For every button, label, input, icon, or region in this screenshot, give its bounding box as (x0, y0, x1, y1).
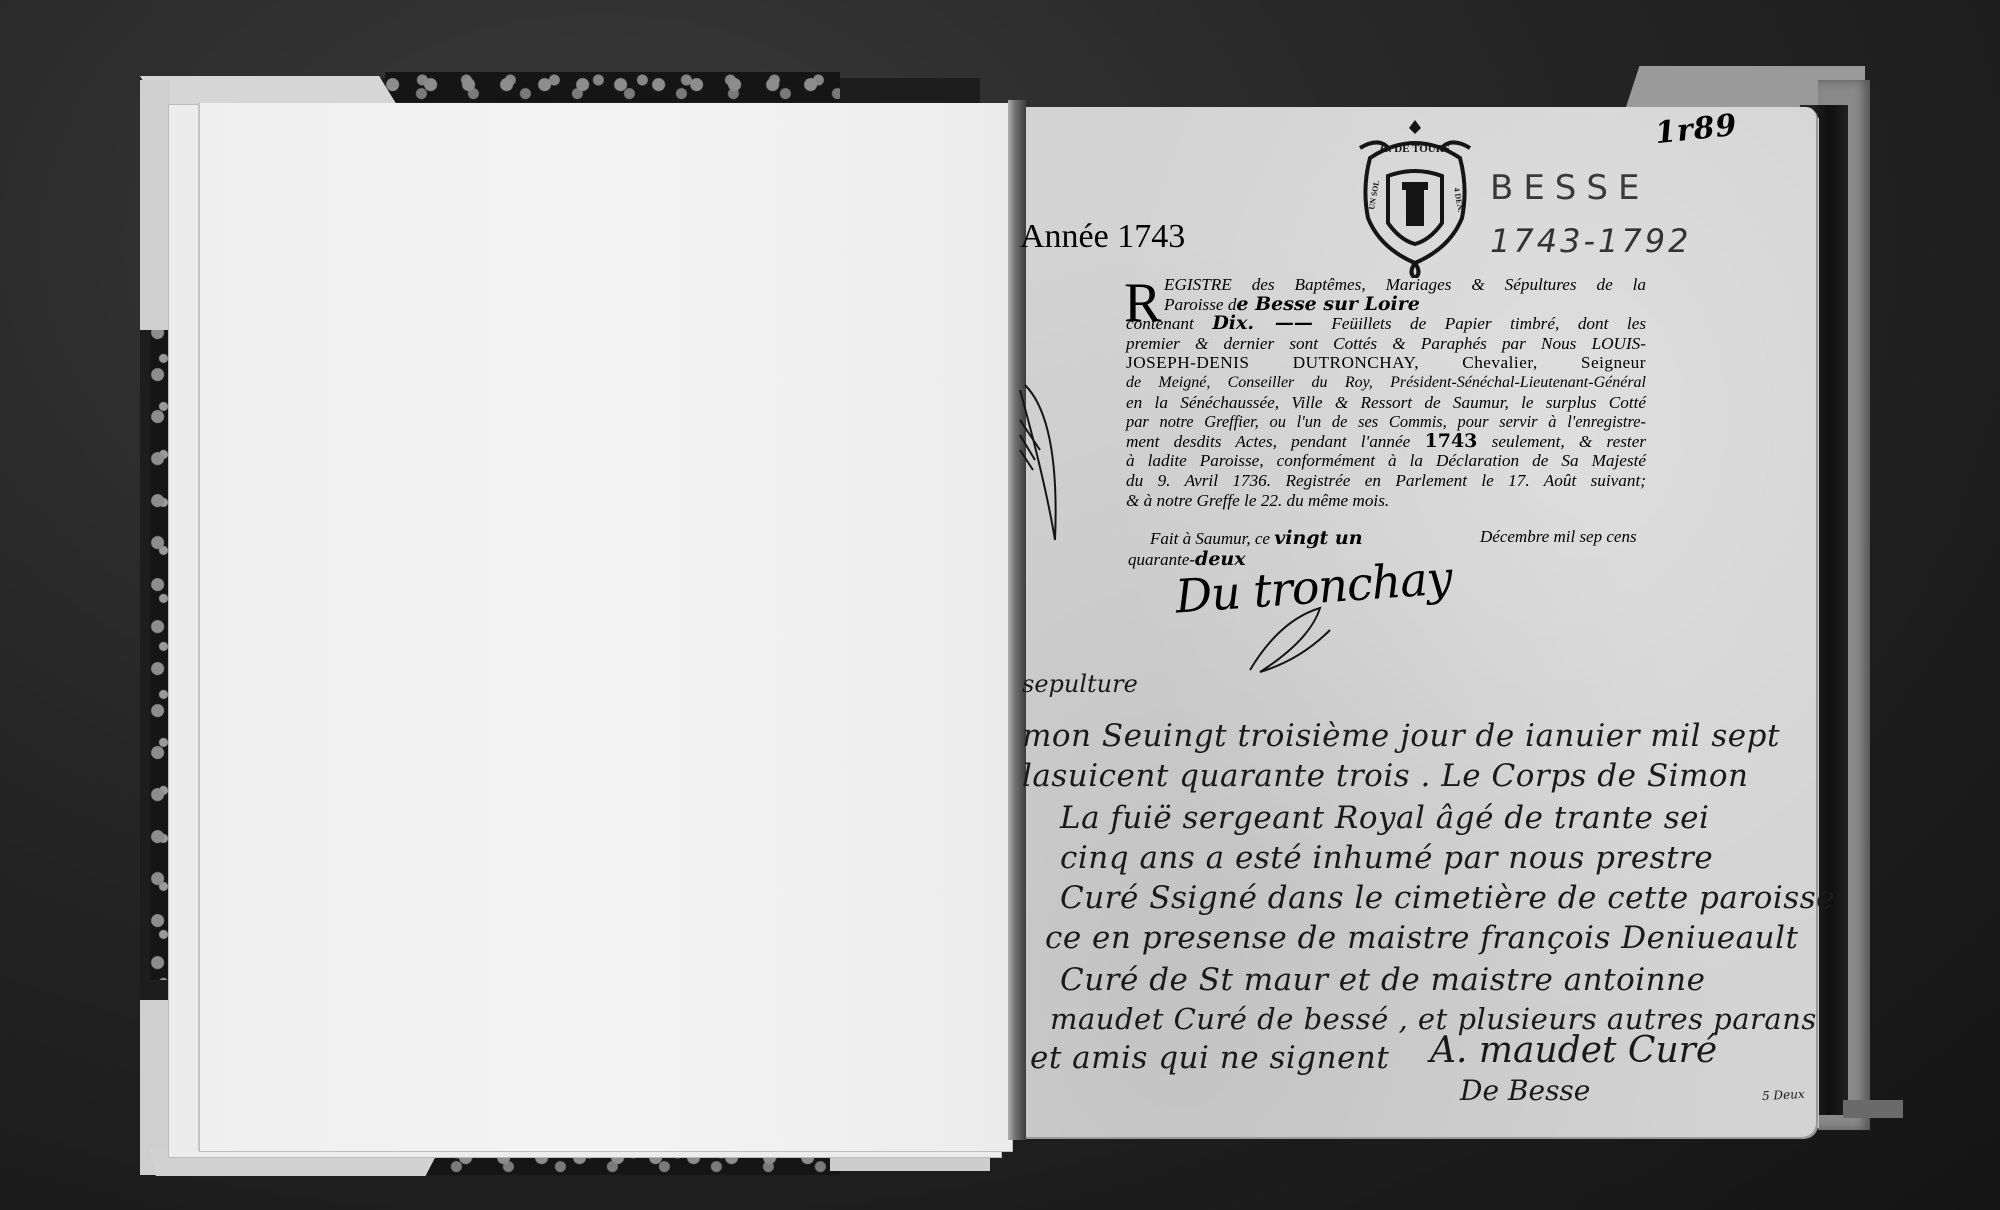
svg-text:G. DE TOURS: G. DE TOURS (1380, 143, 1450, 155)
vellum-corner-left-top (140, 80, 170, 330)
handwritten-line: ce en presense de maistre françois Deniu… (1045, 920, 1798, 956)
archive-year-range: 1743-1792 (1490, 222, 1691, 260)
handwritten-line: mon Seuingt troisième jour de ianuier mi… (1022, 718, 1780, 754)
handwritten-leaf-count: Dix. —— (1212, 312, 1313, 334)
book-gutter (1008, 100, 1026, 1140)
printed-line: en la Sénéchaussée, Ville & Ressort de S… (1126, 393, 1646, 413)
printed-line: Paroisse de Besse sur Loire (1126, 295, 1646, 315)
svg-text:UN SOL: UN SOL (1367, 180, 1381, 211)
tax-stamp-icon: G. DE TOURS UN SOL 4 DEN. (1350, 118, 1480, 278)
handwritten-line: La fuië sergeant Royal âgé de trante sei (1060, 800, 1709, 836)
paraph-flourish-icon (1240, 600, 1360, 680)
margin-title-sepulture: sepulture (1022, 670, 1138, 698)
printed-line: à ladite Paroisse, conformément à la Déc… (1126, 451, 1646, 471)
blank-interleaf-sheet (198, 103, 1012, 1151)
handwritten-line: et amis qui ne signent (1030, 1040, 1389, 1076)
archive-parish-label: BESSE (1490, 168, 1649, 208)
corner-note: 5 Deux (1762, 1087, 1805, 1103)
printed-line: premier & dernier sont Cottés & Paraphés… (1126, 334, 1646, 354)
printed-line: du 9. Avril 1736. Registrée en Parlement… (1126, 471, 1646, 491)
printed-line: ment desdits Actes, pendant l'année 1743… (1126, 432, 1646, 452)
marbled-board-top (385, 72, 840, 102)
handwritten-day: vingt un (1274, 527, 1362, 549)
handwritten-line: lasuicent quarante trois . Le Corps de S… (1022, 758, 1749, 794)
printed-line: par notre Greffier, ou l'un de ses Commi… (1126, 412, 1646, 432)
year-heading: Année 1743 (1020, 218, 1185, 256)
fait-a-saumur: Fait à Saumur, ce vingt un (1150, 527, 1363, 549)
handwritten-year: 1743 (1425, 430, 1478, 452)
fait-month-year: Décembre mil sep cens (1480, 527, 1637, 547)
cure-signature: A. maudet Curé (1430, 1030, 1717, 1071)
printed-line: JOSEPH-DENIS DUTRONCHAY, Chevalier, Seig… (1126, 353, 1646, 373)
printed-header-text: EGISTRE des Baptêmes, Mariages & Sépultu… (1126, 275, 1646, 510)
margin-flourish-icon (1015, 380, 1085, 550)
back-cover-foot (1843, 1100, 1903, 1118)
handwritten-line: cinq ans a esté inhumé par nous prestre (1060, 840, 1713, 876)
printed-line: & à notre Greffe le 22. du même mois. (1126, 491, 1646, 511)
printed-line: de Meigné, Conseiller du Roy, Président-… (1126, 373, 1646, 393)
printed-line: contenant Dix. —— Feüillets de Papier ti… (1126, 314, 1646, 334)
handwritten-line: Curé de St maur et de maistre antoinne (1060, 962, 1705, 998)
cure-signature-parish: De Besse (1460, 1074, 1590, 1107)
handwritten-line: Curé Ssigné dans le cimetière de cette p… (1060, 880, 1835, 916)
